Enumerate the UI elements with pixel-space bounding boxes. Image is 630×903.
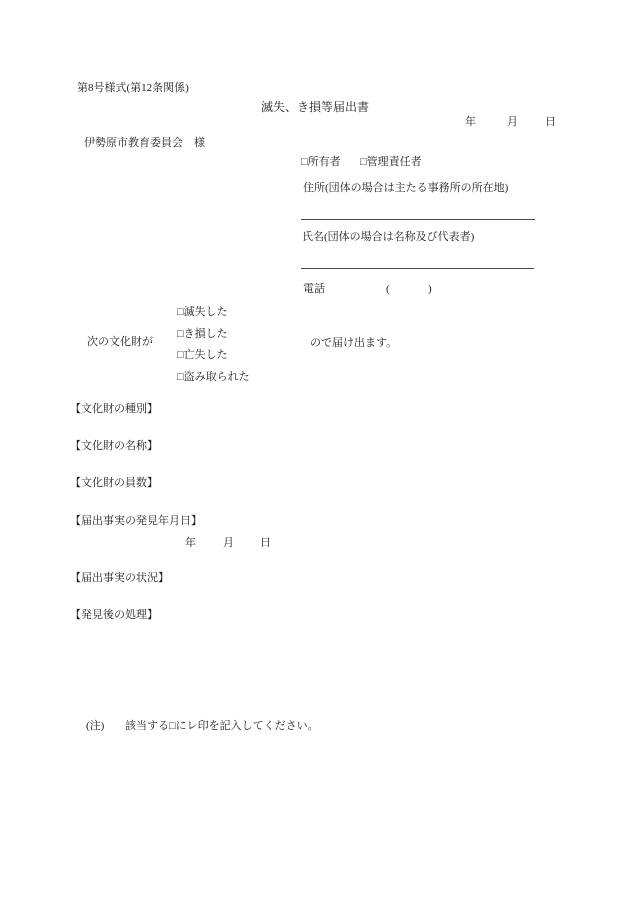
phone-paren-open: (: [386, 284, 390, 295]
owner-checkbox[interactable]: □: [301, 157, 308, 168]
discovery-year-label: 年: [185, 538, 196, 549]
note-text: 該当する□にレ印を記入してください。: [125, 721, 319, 732]
missing-checkbox[interactable]: □: [177, 350, 184, 361]
damaged-checkbox[interactable]: □: [177, 329, 184, 340]
phone-label: 電話: [303, 284, 325, 295]
field-property-name: 【文化財の名称】: [70, 441, 158, 452]
name-writein-line[interactable]: [301, 268, 534, 269]
destroyed-checkbox[interactable]: □: [177, 307, 184, 318]
option-row-destroyed: □滅失した: [177, 307, 228, 318]
custodian-checkbox[interactable]: □: [360, 157, 367, 168]
field-discovery-date: 【届出事実の発見年月日】: [70, 516, 202, 527]
address-label: 住所(団体の場合は主たる事務所の所在地): [303, 183, 508, 194]
field-post-discovery-handling: 【発見後の処理】: [70, 610, 158, 621]
phone-paren-close: ): [428, 284, 432, 295]
discovery-day-label: 日: [260, 538, 271, 549]
role-owner: □所有者: [301, 157, 341, 168]
field-property-type: 【文化財の種別】: [70, 404, 158, 415]
field-report-circumstances: 【届出事実の状況】: [70, 573, 169, 584]
option-row-stolen: □盗み取られた: [177, 372, 250, 383]
statement-prefix: 次の文化財が: [87, 337, 153, 348]
form-number: 第8号様式(第12条関係): [77, 83, 189, 94]
date-month-label: 月: [507, 117, 518, 128]
name-label: 氏名(団体の場合は名称及び代表者): [302, 232, 474, 243]
page-title: 滅失、き損等届出書: [0, 101, 630, 113]
owner-label: 所有者: [308, 156, 341, 168]
custodian-label: 管理責任者: [367, 156, 422, 168]
form-page: 第8号様式(第12条関係) 滅失、き損等届出書 年 月 日 伊勢原市教育委員会 …: [0, 0, 630, 903]
option-row-damaged: □き損した: [177, 329, 228, 340]
field-property-quantity: 【文化財の員数】: [70, 478, 158, 489]
missing-label: 亡失した: [184, 349, 228, 361]
statement-suffix: ので届け出ます。: [310, 338, 397, 349]
damaged-label: き損した: [184, 328, 228, 340]
note-label: (注): [86, 721, 104, 732]
destroyed-label: 滅失した: [184, 306, 228, 318]
stolen-label: 盗み取られた: [184, 371, 250, 383]
role-custodian: □管理責任者: [360, 157, 422, 168]
discovery-month-label: 月: [223, 538, 234, 549]
stolen-checkbox[interactable]: □: [177, 372, 184, 383]
date-year-label: 年: [465, 117, 476, 128]
date-day-label: 日: [545, 117, 556, 128]
address-writein-line[interactable]: [301, 219, 535, 220]
addressee: 伊勢原市教育委員会 様: [84, 138, 205, 149]
option-row-missing: □亡失した: [177, 350, 228, 361]
